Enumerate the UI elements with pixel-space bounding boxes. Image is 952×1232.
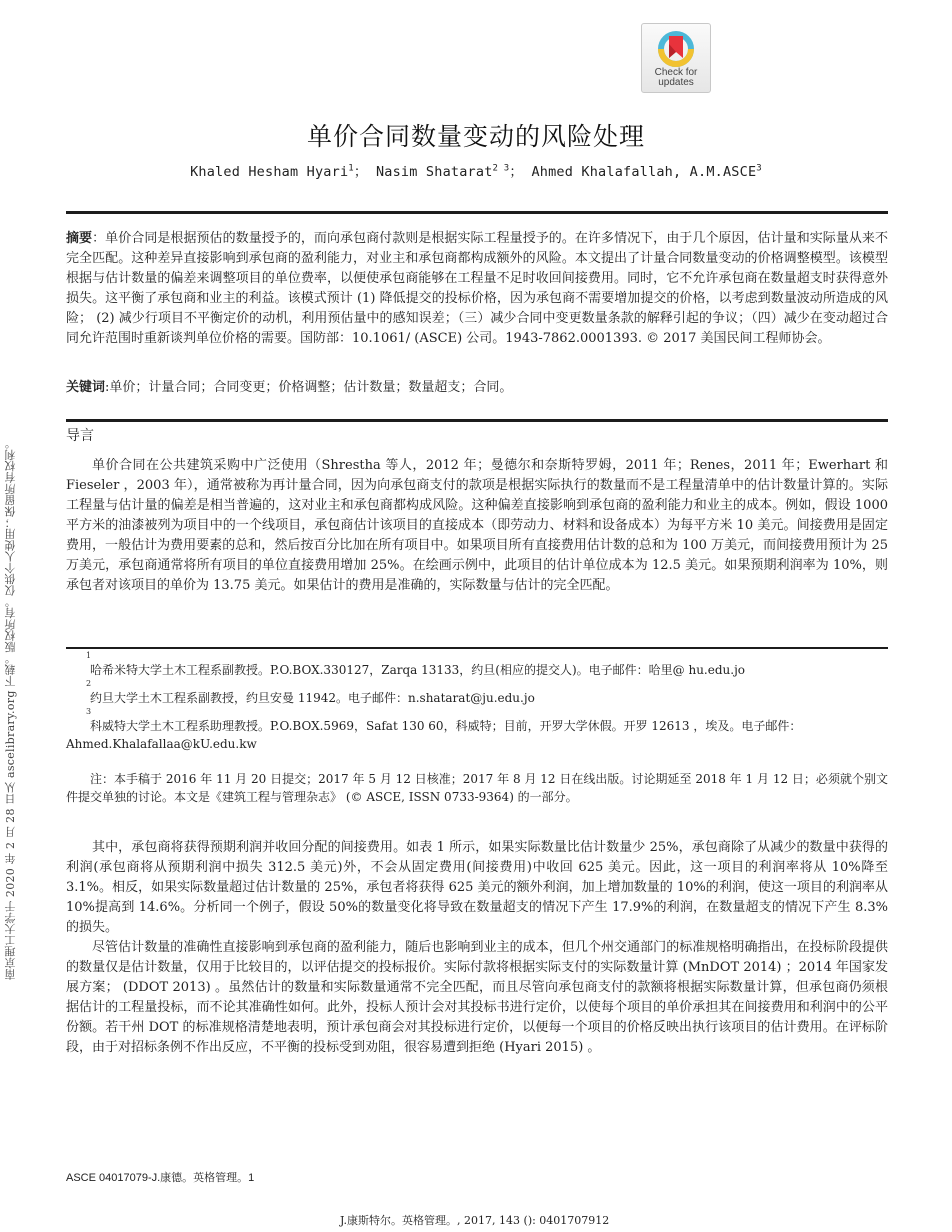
download-notice: 南京理工大学于 2020 年 2 月 28 日从 ascelibrary.org… [3,440,21,980]
introduction-paragraph: 单价合同在公共建筑采购中广泛使用（Shrestha 等人，2012 年；曼德尔和… [66,456,888,596]
author-name: Khaled Hesham Hyari [190,164,348,180]
author-affiliation-mark: 3 [756,164,762,174]
badge-line2: updates [642,78,710,88]
footnote-text: 哈希米特大学土木工程系副教授。P.O.BOX.330127，Zarqa 1313… [90,661,888,679]
abstract: 摘要：单价合同是根据预估的数量授予的，而向承包商付款则是根据实际工程量授予的。在… [66,229,888,349]
footnotes: 1 哈希米特大学土木工程系副教授。P.O.BOX.330127，Zarqa 13… [66,651,888,753]
note-text: 注：本手稿于 2016 年 11 月 20 日提交；2017 年 5 月 12 … [66,770,888,806]
footnote-email[interactable]: Ahmed.Khalafallaa@kU.edu.kw [66,735,888,753]
keywords-label: 关键词 [66,380,105,395]
footnote: 2 约旦大学土木工程系副教授，约旦安曼 11942。电子邮件：n.shatara… [66,679,888,707]
section-heading-introduction: 导言 [66,425,94,445]
abstract-colon: ： [92,231,105,246]
paper-title: 单价合同数量变动的风险处理 [0,117,952,153]
author-list: Khaled Hesham Hyari1； Nasim Shatarat2 3；… [0,160,952,180]
check-for-updates-badge[interactable]: Check for updates [641,23,711,93]
author-separator: ； [354,164,368,180]
footnote: 1 哈希米特大学土木工程系副教授。P.O.BOX.330127，Zarqa 13… [66,651,888,679]
footnote-text: 科威特大学土木工程系助理教授。P.O.BOX.5969，Safat 130 60… [90,717,888,735]
keywords: 关键词:单价；计量合同；合同变更；价格调整；估计数量；数量超支；合同。 [66,378,888,398]
paragraph-text: 其中，承包商将获得预期利润并收回分配的间接费用。如表 1 所示，如果实际数量比估… [66,838,888,938]
paragraph-text: 单价合同在公共建筑采购中广泛使用（Shrestha 等人，2012 年；曼德尔和… [66,456,888,596]
footnote-number: 2 [86,679,888,689]
keywords-text: :单价；计量合同；合同变更；价格调整；估计数量；数量超支；合同。 [105,380,512,395]
footnote-number: 1 [86,651,888,661]
header-rule [66,211,888,214]
page-footer-left: ASCE 04017079-J.康德。英格管理。1 [66,1169,254,1185]
section-rule [66,419,888,422]
abstract-label: 摘要 [66,231,92,246]
abstract-text: 单价合同是根据预估的数量授予的，而向承包商付款则是根据实际工程量授予的。在许多情… [66,231,888,346]
author-separator: ； [509,164,523,180]
body-text: 其中，承包商将获得预期利润并收回分配的间接费用。如表 1 所示，如果实际数量比估… [66,838,888,1058]
page-footer-citation: J.康斯特尔。英格管理。, 2017, 143 (): 0401707912 [340,1212,609,1228]
footnote-text: 约旦大学土木工程系副教授，约旦安曼 11942。电子邮件：n.shatarat@… [90,689,888,707]
publication-note: 注：本手稿于 2016 年 11 月 20 日提交；2017 年 5 月 12 … [66,770,888,806]
footnote-rule [66,647,888,649]
check-for-updates-icon [657,30,695,68]
footnote: 3 科威特大学土木工程系助理教授。P.O.BOX.5969，Safat 130 … [66,707,888,753]
author-affiliation-mark: 2 3 [493,164,510,174]
author-name: Ahmed Khalafallah, A.M.ASCE [531,164,756,180]
paragraph-text: 尽管估计数量的准确性直接影响到承包商的盈利能力，随后也影响到业主的成本，但几个州… [66,938,888,1058]
footnote-number: 3 [86,707,888,717]
author-name: Nasim Shatarat [376,164,493,180]
